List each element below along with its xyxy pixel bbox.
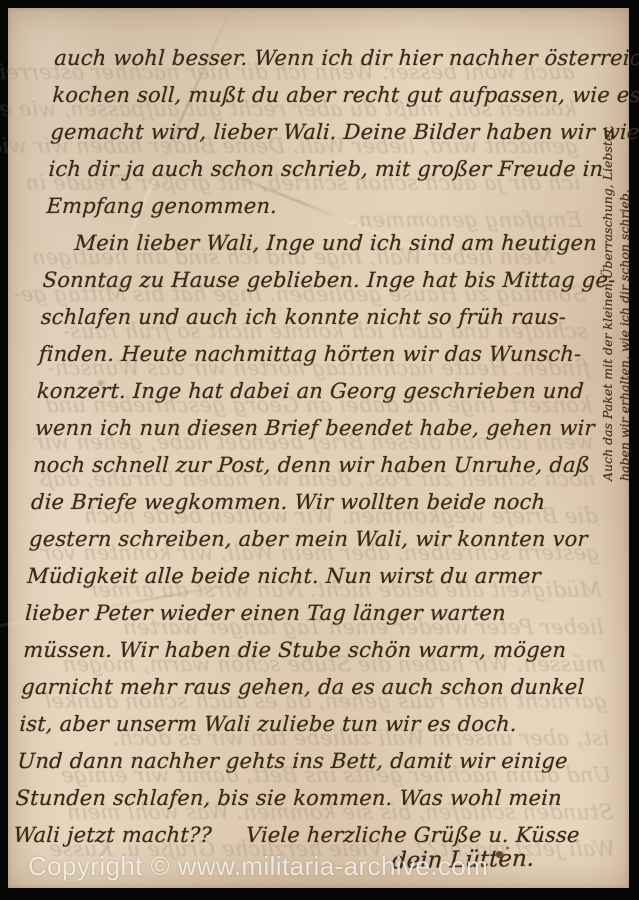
- letter-line: garnicht mehr raus gehen, da es auch sch…: [20, 669, 588, 706]
- letter-line: noch schnell zur Post, denn wir haben Un…: [32, 447, 600, 484]
- letter-line: ich dir ja auch schon schrieb, mit große…: [48, 151, 616, 188]
- letter-line: Empfang genommen.: [46, 188, 614, 225]
- letter-line: müssen. Wir haben die Stube schön warm, …: [22, 632, 590, 669]
- letter-line: Müdigkeit alle beide nicht. Nun wirst du…: [26, 558, 594, 595]
- scanned-letter-page: auch wohl besser. Wenn ich dir hier nach…: [0, 0, 639, 900]
- letter-text-layer: auch wohl besser. Wenn ich dir hier nach…: [13, 40, 622, 854]
- letter-line: wenn ich nun diesen Brief beendet habe, …: [34, 410, 602, 447]
- margin-note-line: haben wir erhalten, wie ich dir schon sc…: [616, 35, 633, 481]
- letter-line: gemacht wird, lieber Wali. Deine Bilder …: [50, 114, 618, 151]
- letter-line: gestern schreiben, aber mein Wali, wir k…: [28, 521, 596, 558]
- letter-line: lieber Peter wieder einen Tag länger war…: [24, 595, 592, 632]
- copyright-watermark: Copyright © www.militaria-archive.com: [28, 851, 488, 882]
- closing-question: Wali jetzt macht??: [13, 817, 213, 854]
- paper-stain: [96, 379, 106, 387]
- ink-blot: [495, 851, 504, 858]
- letter-line: Stunden schlafen, bis sie kommen. Was wo…: [15, 780, 583, 817]
- letter-line: schlafen und auch ich konnte nicht so fr…: [40, 299, 608, 336]
- margin-note-line: Auch das Paket mit der kleinen Überrasch…: [599, 35, 616, 481]
- letter-line: finden. Heute nachmittag hörten wir das …: [38, 336, 606, 373]
- letter-line-paragraph-start: Mein lieber Wali, Inge und ich sind am h…: [44, 225, 612, 262]
- ink-blot: [505, 846, 510, 850]
- letter-line: auch wohl besser. Wenn ich dir hier nach…: [53, 40, 621, 77]
- letter-line: die Briefe wegkommen. Wir wollten beide …: [30, 484, 598, 521]
- letter-line: Sonntag zu Hause geblieben. Inge hat bis…: [42, 262, 610, 299]
- letter-line: kochen soll, mußt du aber recht gut aufp…: [51, 77, 619, 114]
- letter-line: ist, aber unserm Wali zuliebe tun wir es…: [18, 706, 586, 743]
- letter-line: konzert. Inge hat dabei an Georg geschri…: [36, 373, 604, 410]
- margin-note-vertical: Auch das Paket mit der kleinen Überrasch…: [599, 35, 635, 481]
- letter-line: Und dann nachher gehts ins Bett, damit w…: [17, 743, 585, 780]
